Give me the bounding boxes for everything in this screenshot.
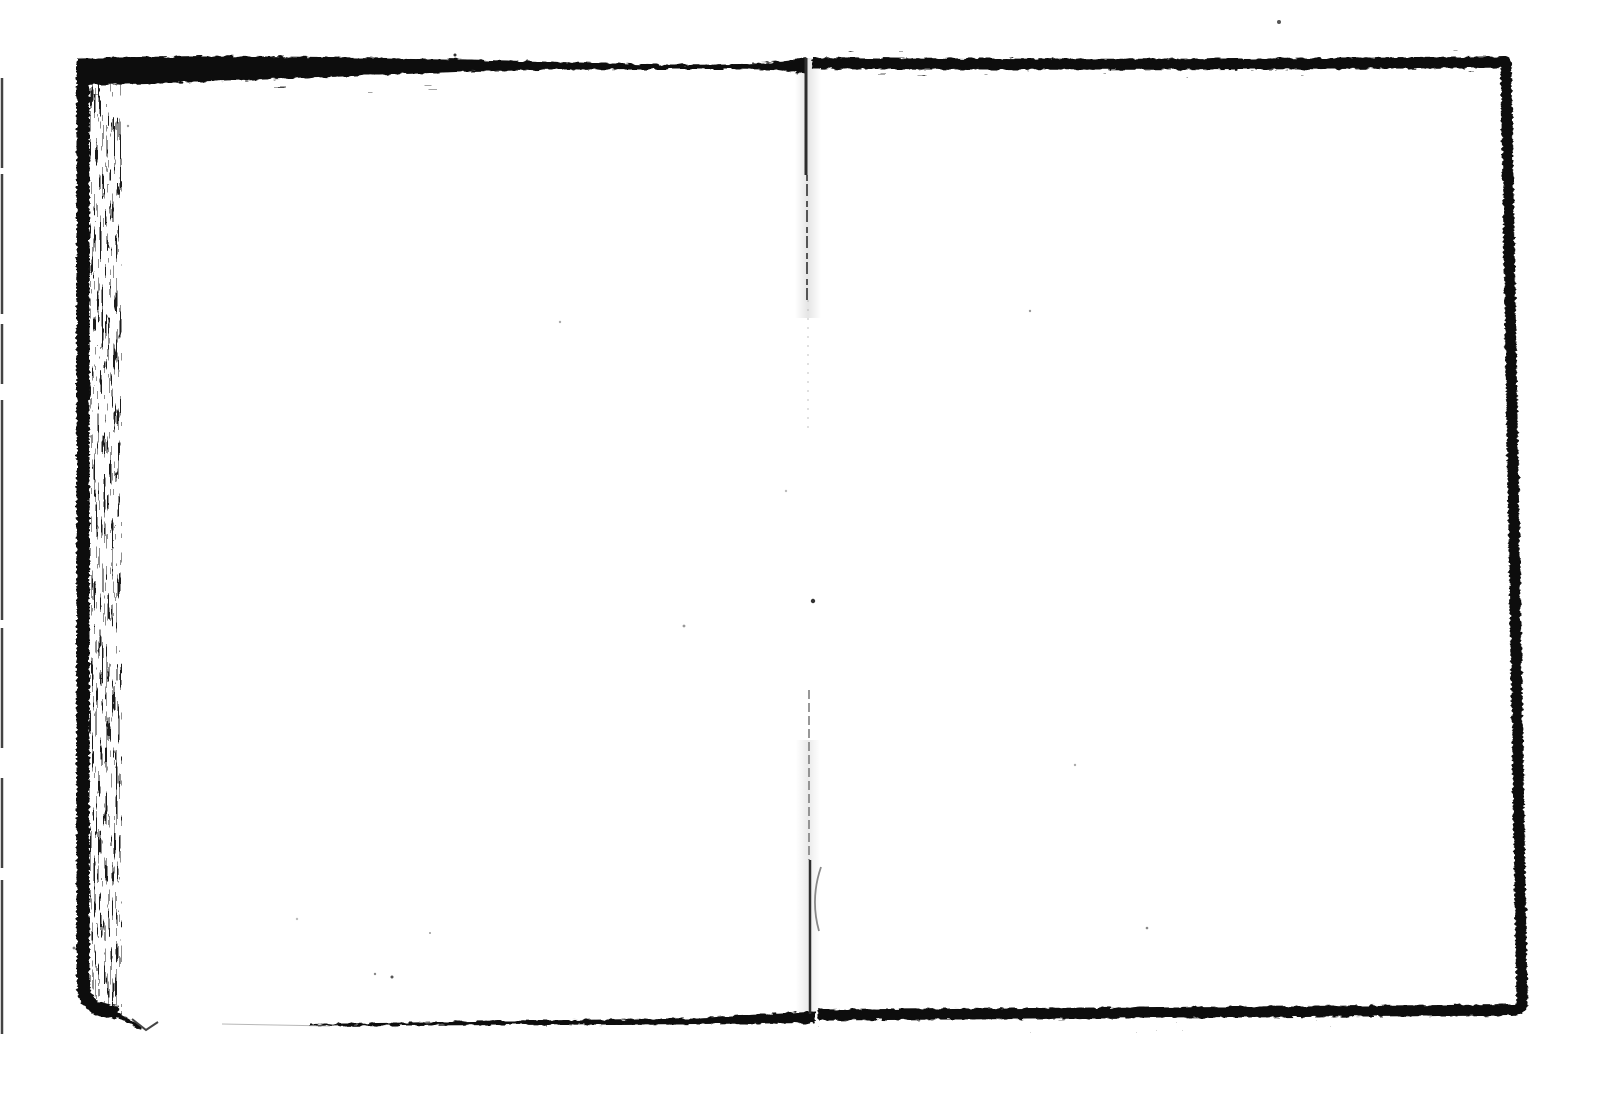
dust-speck — [785, 490, 787, 492]
dust-speck — [811, 599, 815, 603]
scan-shadow-bottom-left-dense — [200, 1022, 620, 1050]
gutter-shading-bottom — [796, 740, 820, 1015]
dust-speck — [1277, 20, 1281, 24]
right-page — [810, 68, 1508, 1010]
dust-speck — [1029, 310, 1031, 312]
dust-speck — [559, 321, 561, 323]
book-scan — [0, 0, 1600, 1108]
dust-speck — [127, 125, 129, 127]
dust-speck — [374, 973, 376, 975]
dust-speck — [683, 625, 686, 628]
dust-speck — [391, 976, 394, 979]
dust-speck — [1146, 927, 1149, 930]
dust-speck — [296, 918, 298, 920]
left-page — [90, 72, 804, 1012]
dust-speck — [73, 947, 76, 950]
page-edges-texture-left-top — [116, 64, 126, 324]
dust-speck — [429, 932, 431, 934]
dust-speck — [454, 54, 457, 57]
dust-speck — [1074, 764, 1076, 766]
book-scan-canvas — [0, 0, 1600, 1108]
